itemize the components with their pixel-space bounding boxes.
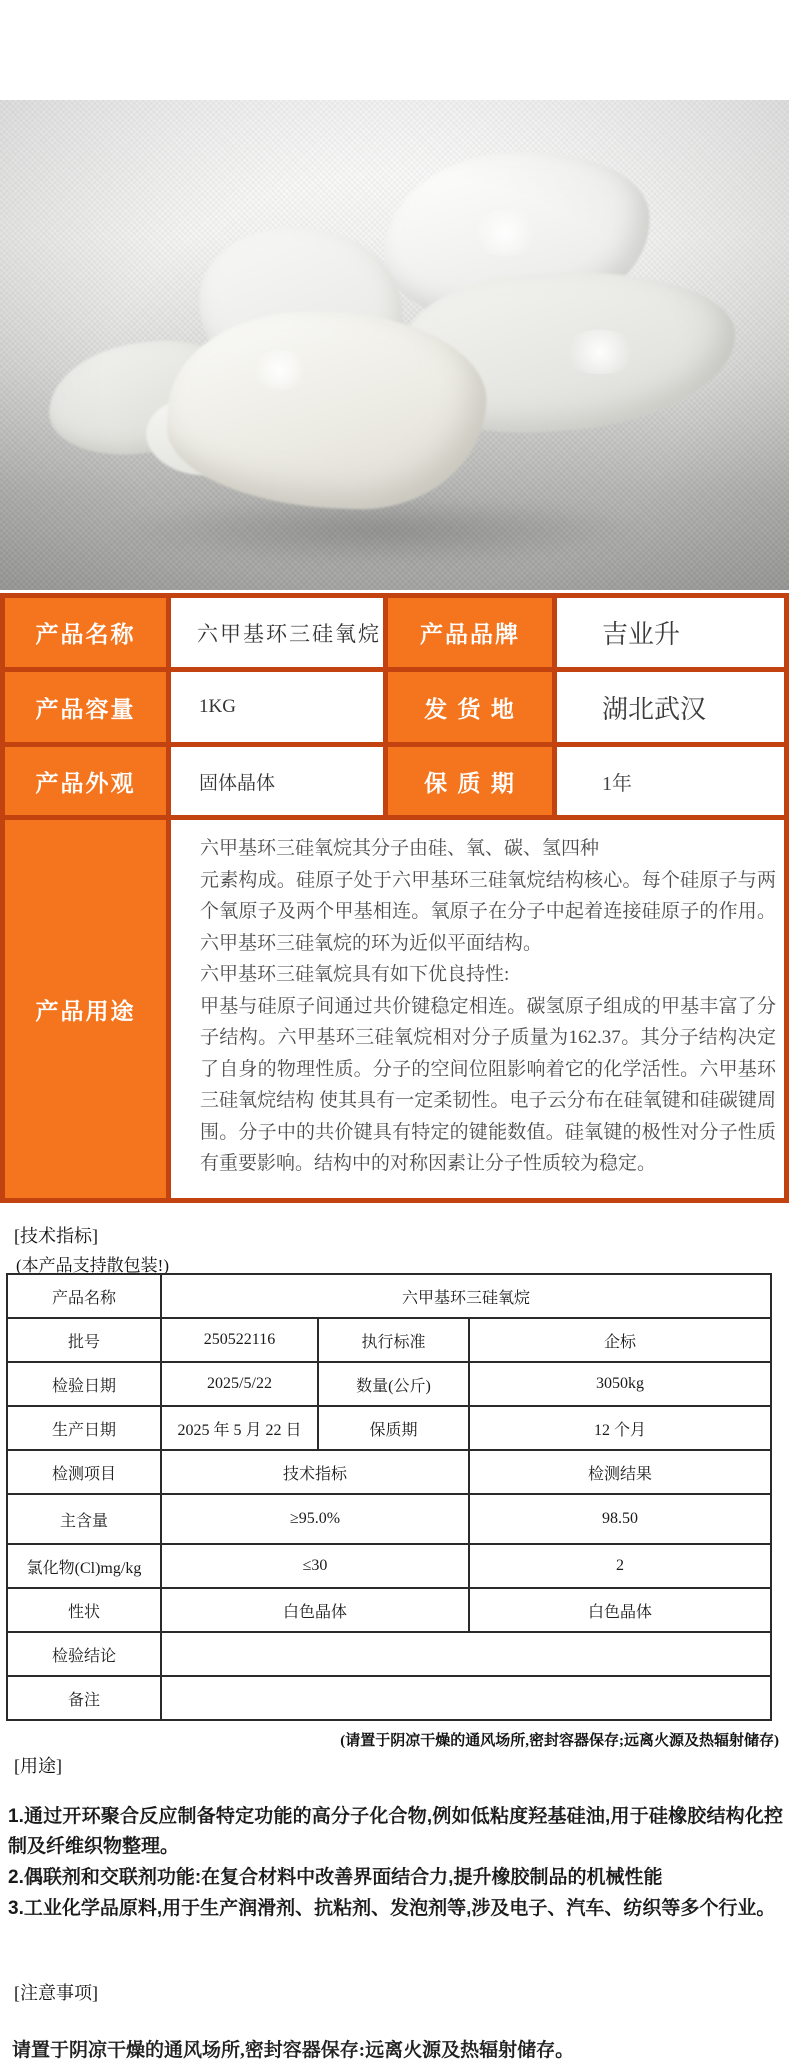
spec-label: 批号 xyxy=(7,1318,161,1362)
usage-paragraph: 六甲基环三硅氧烷具有如下优良持性: xyxy=(200,959,776,991)
spec-value: 白色晶体 xyxy=(469,1588,771,1632)
spec-row-header: 检测项目 技术指标 检测结果 xyxy=(7,1450,771,1494)
usage-paragraph: 六甲基环三硅氧烷其分子由硅、氧、碳、氢四种 xyxy=(200,833,776,865)
info-label-shelf-life: 保 质 期 xyxy=(388,747,552,815)
spec-value: 12 个月 xyxy=(469,1406,771,1450)
spec-label: 产品名称 xyxy=(7,1274,161,1318)
spec-value: 2025 年 5 月 22 日 xyxy=(161,1406,318,1450)
spec-row-product-name: 产品名称 六甲基环三硅氧烷 xyxy=(7,1274,771,1318)
spec-label: 检测项目 xyxy=(7,1450,161,1494)
usage-paragraph: 甲基与硅原子间通过共价键稳定相连。碳氢原子组成的甲基丰富了分子结构。六甲基环三硅… xyxy=(200,991,776,1180)
info-label-capacity: 产品容量 xyxy=(5,672,166,742)
spec-value: 白色晶体 xyxy=(161,1588,469,1632)
info-label-appearance: 产品外观 xyxy=(5,747,166,815)
crystal-chunk xyxy=(393,260,741,441)
spec-label: 生产日期 xyxy=(7,1406,161,1450)
spec-value: ≤30 xyxy=(161,1544,469,1588)
spec-label: 备注 xyxy=(7,1676,161,1720)
spec-value: 3050kg xyxy=(469,1362,771,1406)
spec-value: 98.50 xyxy=(469,1494,771,1544)
spec-label: 检验结论 xyxy=(7,1632,161,1676)
crystal-highlight xyxy=(470,210,540,256)
spec-row-main-content: 主含量 ≥95.0% 98.50 xyxy=(7,1494,771,1544)
info-value-ship-from: 湖北武汉 xyxy=(557,672,784,742)
crystal-chunk xyxy=(375,138,659,335)
spec-row-conclusion: 检验结论 xyxy=(7,1632,771,1676)
product-detail-page: { "photo": { "description": "白色固体晶体实拍图(灰… xyxy=(0,0,789,2071)
usage-section-title: [用途] xyxy=(14,1752,62,1778)
usage-item-1: 1.通过开环聚合反应制备特定功能的高分子化合物,例如低粘度羟基硅油,用于硅橡胶结… xyxy=(8,1802,783,1862)
spec-value: 250522116 xyxy=(161,1318,318,1362)
product-info-table: 产品名称 六甲基环三硅氧烷 产品品牌 吉业升 产品容量 1KG 发 货 地 湖北… xyxy=(0,593,789,1203)
spec-row-remarks: 备注 xyxy=(7,1676,771,1720)
crystal-chunk xyxy=(165,307,490,514)
crystal-chunk xyxy=(140,392,246,481)
info-label-usage: 产品用途 xyxy=(5,820,166,1198)
storage-note: (请置于阴凉干燥的通风场所,密封容器保存;远离火源及热辐射储存) xyxy=(179,1729,779,1750)
usage-list: 1.通过开环聚合反应制备特定功能的高分子化合物,例如低粘度羟基硅油,用于硅橡胶结… xyxy=(8,1802,783,1925)
crystal-shadow xyxy=(110,495,650,565)
spec-value: 企标 xyxy=(469,1318,771,1362)
spec-value xyxy=(161,1632,771,1676)
spec-value: 2025/5/22 xyxy=(161,1362,318,1406)
spec-label: 性状 xyxy=(7,1588,161,1632)
spec-row-production-date: 生产日期 2025 年 5 月 22 日 保质期 12 个月 xyxy=(7,1406,771,1450)
info-label-product-name: 产品名称 xyxy=(5,598,166,667)
spec-label: 保质期 xyxy=(318,1406,469,1450)
usage-item-2: 2.偶联剂和交联剂功能:在复合材料中改善界面结合力,提升橡胶制品的机械性能 xyxy=(8,1863,783,1893)
spec-label: 检验日期 xyxy=(7,1362,161,1406)
usage-item-3: 3.工业化学品原料,用于生产润滑剂、抗粘剂、发泡剂等,涉及电子、汽车、纺织等多个… xyxy=(8,1894,783,1924)
spec-label: 技术指标 xyxy=(161,1450,469,1494)
info-value-capacity: 1KG xyxy=(171,672,383,742)
spec-section-title: [技术指标] xyxy=(14,1222,98,1248)
spec-value: 2 xyxy=(469,1544,771,1588)
spec-value: 六甲基环三硅氧烷 xyxy=(161,1274,771,1318)
spec-label: 检测结果 xyxy=(469,1450,771,1494)
spec-value: ≥95.0% xyxy=(161,1494,469,1544)
spec-row-batch: 批号 250522116 执行标准 企标 xyxy=(7,1318,771,1362)
info-value-usage: 六甲基环三硅氧烷其分子由硅、氧、碳、氢四种 元素构成。硅原子处于六甲基环三硅氧烷… xyxy=(171,820,784,1198)
info-value-shelf-life: 1年 xyxy=(557,747,784,815)
info-value-product-name: 六甲基环三硅氧烷 xyxy=(171,598,383,667)
crystal-highlight xyxy=(560,330,640,374)
crystal-chunk xyxy=(42,332,239,464)
spec-row-chloride: 氯化物(Cl)mg/kg ≤30 2 xyxy=(7,1544,771,1588)
info-label-brand: 产品品牌 xyxy=(388,598,552,667)
product-photo xyxy=(0,100,789,590)
spec-table: 产品名称 六甲基环三硅氧烷 批号 250522116 执行标准 企标 检验日期 … xyxy=(6,1273,772,1721)
spec-label: 主含量 xyxy=(7,1494,161,1544)
spec-row-appearance: 性状 白色晶体 白色晶体 xyxy=(7,1588,771,1632)
notice-text: 请置于阴凉干燥的通风场所,密封容器保存:远离火源及热辐射储存。 xyxy=(12,2035,782,2062)
spec-value xyxy=(161,1676,771,1720)
info-value-brand: 吉业升 xyxy=(557,598,784,667)
spec-label: 氯化物(Cl)mg/kg xyxy=(7,1544,161,1588)
info-label-ship-from: 发 货 地 xyxy=(388,672,552,742)
spec-label: 执行标准 xyxy=(318,1318,469,1362)
usage-paragraph: 元素构成。硅原子处于六甲基环三硅氧烷结构核心。每个硅原子与两个氧原子及两个甲基相… xyxy=(200,865,776,960)
spec-label: 数量(公斤) xyxy=(318,1362,469,1406)
crystal-highlight xyxy=(250,350,310,390)
spec-row-inspection-date: 检验日期 2025/5/22 数量(公斤) 3050kg xyxy=(7,1362,771,1406)
info-value-appearance: 固体晶体 xyxy=(171,747,383,815)
notice-section-title: [注意事项] xyxy=(14,1979,98,2005)
crystal-chunk xyxy=(187,215,413,410)
